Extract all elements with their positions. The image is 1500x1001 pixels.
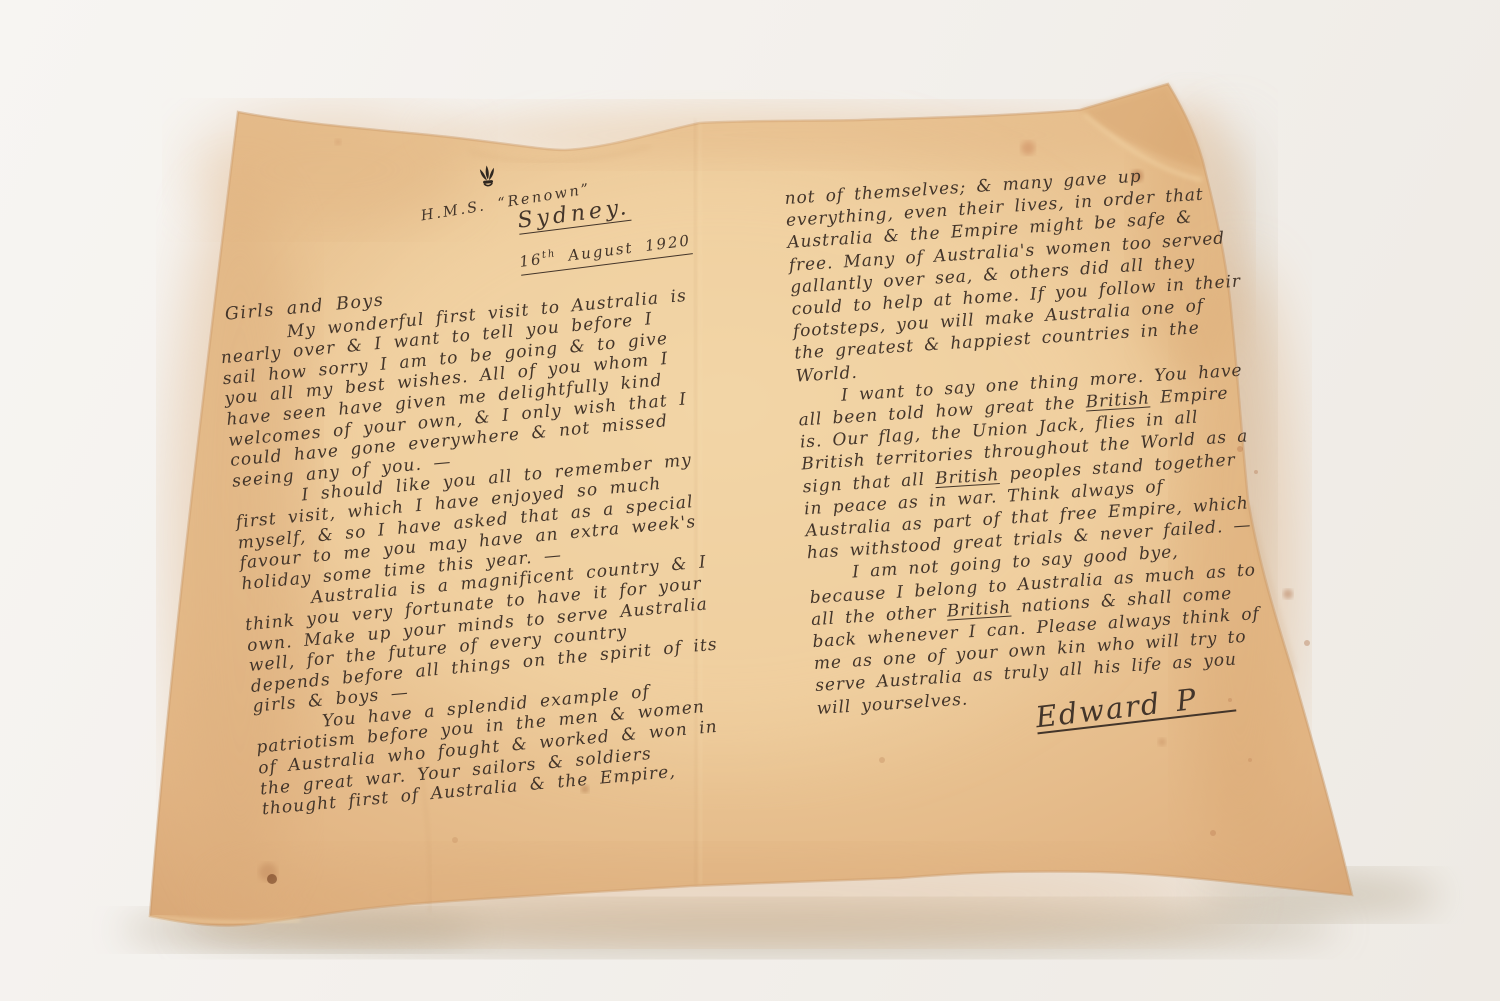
date-day: 16: [518, 250, 543, 271]
paragraph: not of themselves; & many gave up everyt…: [784, 160, 1248, 388]
underlined-word: British: [1085, 388, 1150, 412]
date-rest: August 1920: [556, 231, 692, 266]
date-ordinal: th: [541, 248, 557, 261]
underlined-word: British: [934, 465, 999, 489]
letter-right-page: not of themselves; & many gave up everyt…: [784, 160, 1270, 743]
paragraph: I want to say one thing more. You have a…: [797, 359, 1259, 565]
underlined-word: British: [946, 597, 1011, 621]
photo-of-letter: H.M.S. “Renown” Sydney. 16th August 1920…: [0, 0, 1500, 1001]
letter-left-page: H.M.S. “Renown” Sydney. 16th August 1920…: [206, 151, 731, 820]
letter-paper: [0, 0, 1500, 1001]
prince-of-wales-feathers-icon: [477, 164, 499, 192]
